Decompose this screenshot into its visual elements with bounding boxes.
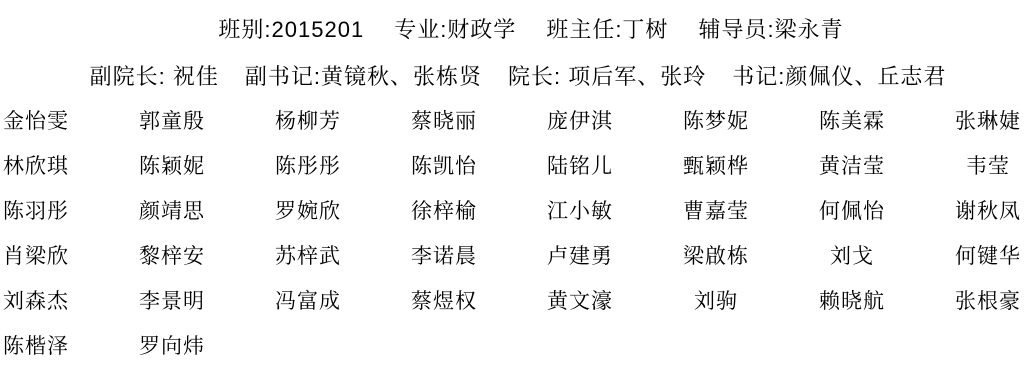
student-name: 梁啟栋: [648, 234, 784, 279]
student-name: 何佩怡: [784, 189, 920, 234]
vice-secretary-text: 副书记:黄镜秋、张栋贤: [245, 60, 482, 91]
student-name-grid: 金怡雯郭童殷杨柳芳蔡晓丽庞伊淇陈梦妮陈美霖张琳婕林欣琪陈颖妮陈彤彤陈凯怡陆铭儿甄…: [0, 99, 1036, 369]
student-name: 刘森杰: [0, 279, 104, 324]
class-roster-page: { "page": { "background": "#ffffff", "te…: [0, 0, 1036, 381]
student-name: 郭童殷: [104, 99, 240, 144]
student-name: 肖梁欣: [0, 234, 104, 279]
student-name: 甄颖桦: [648, 144, 784, 189]
student-name: 刘驹: [648, 279, 784, 324]
student-name: 黄洁莹: [784, 144, 920, 189]
class-info-line: 班别:2015201 专业:财政学 班主任:丁树 辅导员:梁永青: [13, 13, 1036, 44]
student-name: 罗婉欣: [240, 189, 376, 234]
counselor-text: 辅导员:梁永青: [698, 13, 843, 44]
student-name: 李景明: [104, 279, 240, 324]
student-name: 张根豪: [920, 279, 1036, 324]
dean-text: 院长: 项后军、张玲: [508, 60, 706, 91]
student-name: 徐梓榆: [376, 189, 512, 234]
student-name: 黎梓安: [104, 234, 240, 279]
student-name: 韦莹: [920, 144, 1036, 189]
student-name: 陈颖妮: [104, 144, 240, 189]
major-text: 专业:财政学: [394, 13, 516, 44]
student-name: 黄文濠: [512, 279, 648, 324]
student-name: 颜靖思: [104, 189, 240, 234]
student-name: 蔡煜权: [376, 279, 512, 324]
student-name: 罗向炜: [104, 324, 240, 369]
student-name: 曹嘉莹: [648, 189, 784, 234]
student-name: 谢秋凤: [920, 189, 1036, 234]
student-name: 何键华: [920, 234, 1036, 279]
student-name: 陈彤彤: [240, 144, 376, 189]
student-name: 陈凯怡: [376, 144, 512, 189]
head-teacher-text: 班主任:丁树: [546, 13, 668, 44]
student-name: 冯富成: [240, 279, 376, 324]
student-name: 陈美霖: [784, 99, 920, 144]
student-name: 江小敏: [512, 189, 648, 234]
class-id-text: 班别:2015201: [218, 13, 364, 44]
student-name: 陈梦妮: [648, 99, 784, 144]
secretary-text: 书记:颜佩仪、丘志君: [732, 60, 946, 91]
student-name: 杨柳芳: [240, 99, 376, 144]
student-name: 金怡雯: [0, 99, 104, 144]
student-name: 赖晓航: [784, 279, 920, 324]
student-name: 庞伊淇: [512, 99, 648, 144]
student-name: 卢建勇: [512, 234, 648, 279]
vice-dean-text: 副院长: 祝佳: [90, 60, 219, 91]
student-name: 林欣琪: [0, 144, 104, 189]
student-name: 张琳婕: [920, 99, 1036, 144]
student-name: 刘戈: [784, 234, 920, 279]
student-name: 陈楷泽: [0, 324, 104, 369]
student-name: 李诺晨: [376, 234, 512, 279]
student-name: 陈羽彤: [0, 189, 104, 234]
student-name: 陆铭儿: [512, 144, 648, 189]
student-name: 蔡晓丽: [376, 99, 512, 144]
faculty-info-line: 副院长: 祝佳 副书记:黄镜秋、张栋贤 院长: 项后军、张玲 书记:颜佩仪、丘志…: [0, 60, 1036, 91]
student-name: 苏梓武: [240, 234, 376, 279]
